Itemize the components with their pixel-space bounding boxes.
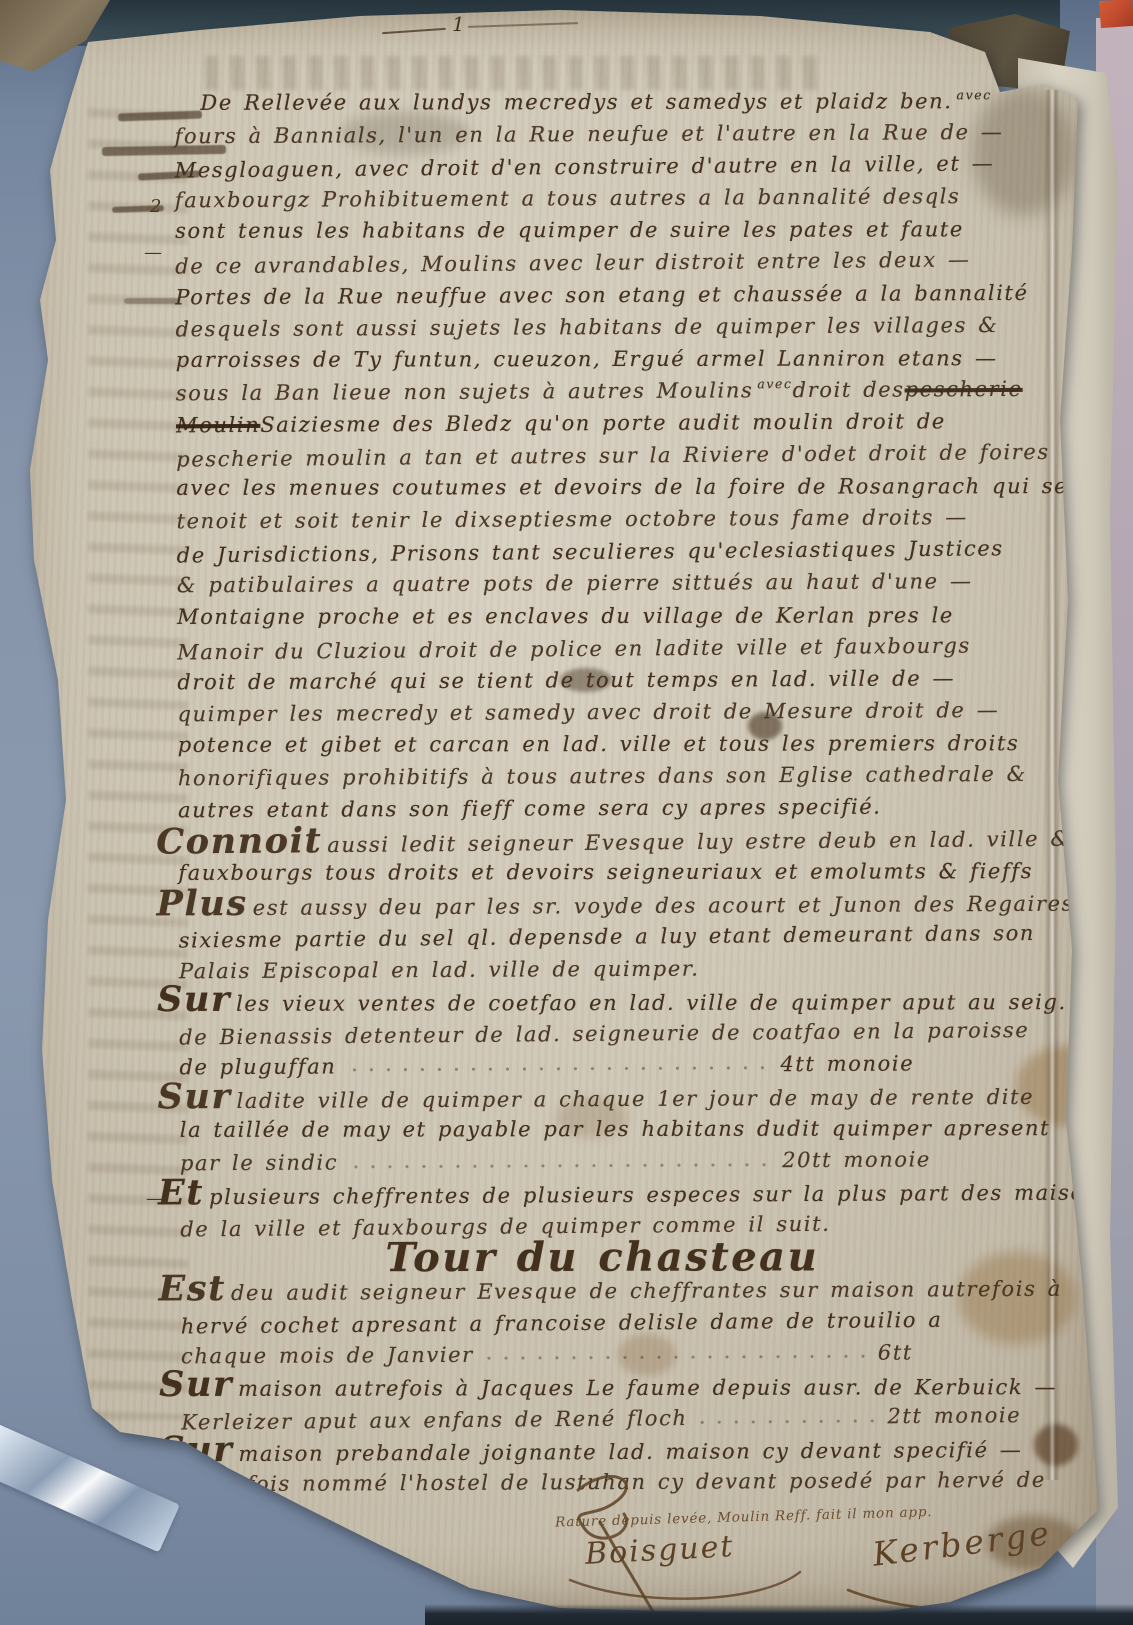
paraphe-flourish (540, 1462, 770, 1622)
line-text: plusieurs cheffrentes de plusieurs espec… (209, 1181, 1112, 1210)
dot-leader (350, 1160, 770, 1171)
amount-value: 20tt monoie (782, 1147, 931, 1172)
ink-bleed-mark (118, 111, 202, 122)
manuscript-line: de ce avrandables, Moulins avec leur dis… (175, 247, 1057, 287)
manuscript-page: 1 De Rellevée aux lundys mecredys et sam… (0, 0, 1133, 1625)
annotation-note: Rature depuis levée, Moulin Reff. fait i… (555, 1501, 1025, 1530)
line-text: desquels sont aussi sujets les habitans … (175, 313, 998, 341)
stain-blot (618, 1334, 676, 1376)
line-text: sont tenus les habitans de quimper de su… (175, 218, 964, 244)
line-text: sous la Ban lieue non sujets à autres Mo… (176, 378, 754, 405)
line-initial: Et (158, 1183, 204, 1203)
ink-bleed-mark (124, 298, 180, 304)
stain-blot (972, 88, 1076, 216)
manuscript-line: Portes de la Rue neuffue avec son etang … (175, 280, 1057, 317)
ink-bleed-mark (138, 170, 200, 180)
manuscript-line: Moulin Saiziesme des Bledz qu'on porte a… (176, 409, 1058, 446)
dot-leader (486, 1352, 866, 1363)
manuscript-line: de la ville et fauxbourgs de quimper com… (180, 1210, 1062, 1250)
line-text: ladite ville de quimper a chaque 1er jou… (236, 1085, 1034, 1113)
manuscript-line: & patibulaires a quatre pots de pierre s… (177, 569, 1059, 606)
line-text: De Rellevée aux lundys mecredys et samed… (200, 89, 952, 115)
line-initial: Sur (159, 1375, 233, 1395)
line-text: aussi ledit seigneur Evesque luy estre d… (327, 827, 1071, 857)
line-text: potence et gibet et carcan en lad. ville… (178, 731, 1020, 757)
line-text: chaque mois de Janvier (181, 1342, 474, 1368)
stain-blot (340, 112, 470, 154)
manuscript-line: Sur les vieux ventes de coetfao en lad. … (179, 988, 1061, 1022)
line-text: fauxbourgz Prohibituement a tous autres … (175, 184, 961, 212)
line-text: Manoir du Cluziou droit de police en lad… (177, 633, 971, 664)
stain-blot (556, 1098, 628, 1138)
manuscript-line: potence et gibet et carcan en lad. ville… (178, 731, 1060, 765)
manuscript-line: De Rellevée aux lundys mecredys et samed… (200, 89, 1056, 123)
dot-leader (348, 1064, 768, 1075)
line-text: avec (957, 87, 992, 102)
amount-value: 2tt monoie (887, 1403, 1021, 1428)
manuscript-line: Sur maison prebandale joignante lad. mai… (181, 1436, 1063, 1473)
line-text: de pluguffan (179, 1054, 336, 1079)
signature-right: Kerberge (870, 1513, 1054, 1574)
folio-flourish (468, 22, 578, 27)
manuscript-line: sixiesme partie du sel ql. depensde a lu… (179, 921, 1061, 961)
line-text: les vieux ventes de coetfao en lad. vill… (236, 990, 1067, 1016)
line-text: avec les menues coutumes et devoirs de l… (176, 474, 1068, 500)
line-text: maison autrefois à Jacques Le faume depu… (238, 1375, 1057, 1401)
dot-leader (700, 1416, 876, 1427)
line-text: deu audit seigneur Evesque de cheffrante… (231, 1277, 1062, 1305)
line-text: fauxbourgs tous droits et devoirs seigne… (178, 859, 1033, 885)
line-text: Kerleizer aput aux enfans de René floch (181, 1406, 687, 1434)
manuscript-line: fauxbourgz Prohibituement a tous autres … (175, 184, 1057, 221)
line-text: Portes de la Rue neuffue avec son etang … (175, 280, 1028, 308)
manuscript-line: Manoir du Cluziou droit de police en lad… (177, 632, 1059, 672)
line-text: fours à Bannials, l'un en la Rue neufue … (174, 120, 1003, 148)
bottom-shadow-strip (425, 1604, 1133, 1625)
manuscript-line: Sur maison autrefois à Jacques Le faume … (181, 1373, 1063, 1407)
manuscript-line: desquels sont aussi sujets les habitans … (175, 312, 1057, 349)
manuscript-line: fauxbourgs tous droits et devoirs seigne… (178, 859, 1060, 893)
manuscript-line: hervé cochet apresant a francoise delisl… (181, 1306, 1063, 1346)
line-text: Saiziesme des Bledz qu'on porte audit mo… (260, 409, 946, 437)
stain-blot (1034, 1424, 1078, 1466)
margin-mark: — (144, 242, 162, 263)
stain-blot (958, 1252, 1076, 1344)
line-text: quimper les mecredy et samedy avec droit… (178, 698, 1000, 726)
line-text: Palais Episcopal en lad. ville de quimpe… (179, 956, 700, 983)
stain-blot (748, 712, 782, 740)
manuscript-line: pescherie moulin a tan et autres sur la … (176, 440, 1058, 480)
line-text: de la ville et fauxbourgs de quimper com… (180, 1212, 830, 1242)
manuscript-line: tenoit et soit tenir le dixseptiesme oct… (176, 505, 1058, 542)
folio-dash (382, 28, 446, 34)
line-initial: Sur (157, 989, 231, 1009)
manuscript-line: la taillée de may et payable par les hab… (180, 1116, 1062, 1150)
margin-mark: — (146, 1188, 164, 1209)
manuscript-line: de Jurisdictions, Prisons tant seculiere… (177, 536, 1059, 576)
manuscript-line: Mesgloaguen, avec droit d'en construire … (175, 151, 1057, 191)
manuscript-line: chaque mois de Janvier6tt (181, 1339, 1063, 1376)
line-text: sixiesme partie du sel ql. depensde a lu… (179, 921, 1035, 952)
manuscript-line: autres etant dans son fieff come sera cy… (178, 794, 1060, 831)
manuscript-line: de pluguffan4tt monoie (179, 1050, 1061, 1087)
manuscript-line: avec les menues coutumes et devoirs de l… (176, 474, 1058, 508)
amount-value: 4tt monoie (780, 1051, 914, 1076)
manuscript-line: quimper les mecredy et samedy avec droit… (178, 697, 1060, 734)
line-text: Moulin (176, 413, 260, 437)
manuscript-page-wrap: 1 De Rellevée aux lundys mecredys et sam… (0, 0, 1133, 1625)
line-text: droit des (793, 377, 905, 402)
page-crease (1044, 90, 1060, 1480)
signature-center-flourish (560, 1560, 820, 1610)
stain-blot (560, 668, 612, 692)
manuscript-line: Sur ladite ville de quimper a chaque 1er… (180, 1083, 1062, 1120)
line-text: Tour du chasteau (385, 1245, 819, 1272)
signature-center: Boisguet (584, 1529, 735, 1572)
line-text: parroisses de Ty funtun, cueuzon, Ergué … (176, 346, 998, 372)
manuscript-line: Kerleizer aput aux enfans de René floch2… (181, 1403, 1063, 1443)
bleedthrough-texture (205, 56, 825, 90)
stain-blot (986, 1516, 1082, 1570)
margin-mark: 2 (150, 196, 161, 217)
line-text: autres etant dans son fieff come sera cy… (178, 795, 882, 823)
manuscript-line: de Bienassis detenteur de lad. seigneuri… (179, 1017, 1061, 1057)
line-text: par le sindic (180, 1151, 338, 1176)
line-text: pescherie (905, 377, 1023, 402)
line-text: la taillée de may et payable par les hab… (180, 1116, 1051, 1142)
folio-number: 1 (452, 12, 465, 36)
line-text: tenoit et soit tenir le dixseptiesme oct… (176, 505, 967, 533)
manuscript-line: parroisses de Ty funtun, cueuzon, Ergué … (176, 346, 1058, 380)
manuscript-line: droit de marché qui se tient de tout tem… (177, 665, 1059, 702)
line-text: Montaigne proche et es enclaves du villa… (177, 603, 954, 629)
manuscript-line: fours à Bannials, l'un en la Rue neufue … (174, 120, 1056, 157)
stain-blot (1016, 1046, 1116, 1126)
line-text: de Bienassis detenteur de lad. seigneuri… (179, 1018, 1029, 1049)
manuscript-line: sont tenus les habitans de quimper de su… (175, 217, 1057, 251)
line-initial: Plus (157, 894, 248, 914)
manuscript-line: Est deu audit seigneur Evesque de cheffr… (181, 1275, 1063, 1312)
line-text: & patibulaires a quatre pots de pierre s… (177, 570, 973, 598)
manuscript-lines: De Rellevée aux lundys mecredys et samed… (174, 88, 1063, 1505)
line-text: droit de marché qui se tient de tout tem… (177, 666, 955, 694)
line-initial: Est (159, 1280, 226, 1300)
manuscript-line: par le sindic20tt monoie (180, 1147, 1062, 1184)
manuscript-line: Montaigne proche et es enclaves du villa… (177, 603, 1059, 637)
manuscript-line: autrefois nommé l'hostel de lustuhan cy … (182, 1468, 1064, 1505)
ink-bleed-mark (112, 205, 164, 213)
manuscript-line: Palais Episcopal en lad. ville de quimpe… (179, 954, 1061, 991)
ink-bleed-mark (102, 145, 226, 156)
manuscript-line: sous la Ban lieue non sujets à autres Mo… (176, 377, 1058, 414)
line-text: Mesgloaguen, avec droit d'en construire … (175, 151, 995, 182)
line-initial: Sur (159, 1440, 233, 1460)
bleedthrough-texture (88, 100, 188, 1420)
line-text: avec (757, 376, 792, 391)
line-text: autrefois nommé l'hostel de lustuhan cy … (182, 1468, 1046, 1497)
manuscript-line: Plus est aussy deu par les sr. voyde des… (179, 890, 1061, 927)
manuscript-line: Et plusieurs cheffrentes de plusieurs es… (180, 1179, 1062, 1216)
line-text: de ce avrandables, Moulins avec leur dis… (175, 248, 971, 279)
line-initial: Sur (158, 1087, 232, 1107)
line-text: hervé cochet apresant a francoise delisl… (181, 1307, 943, 1338)
manuscript-line: honorifiques prohibitifs à tous autres d… (178, 762, 1060, 799)
manuscript-line: Connoit aussi ledit seigneur Evesque luy… (178, 825, 1060, 865)
line-initial: Connoit (156, 831, 322, 852)
section-heading: Tour du chasteau (385, 1244, 1062, 1278)
photo-of-manuscript: 1 De Rellevée aux lundys mecredys et sam… (0, 0, 1133, 1625)
amount-value: 6tt (878, 1340, 913, 1364)
line-text: maison prebandale joignante lad. maison … (238, 1438, 1022, 1466)
line-text: de Jurisdictions, Prisons tant seculiere… (177, 537, 1004, 568)
line-text: honorifiques prohibitifs à tous autres d… (178, 762, 1027, 790)
stain-blot (1078, 930, 1128, 1040)
line-text: pescherie moulin a tan et autres sur la … (176, 440, 1050, 472)
line-text: est aussy deu par les sr. voyde des acou… (253, 892, 1133, 921)
